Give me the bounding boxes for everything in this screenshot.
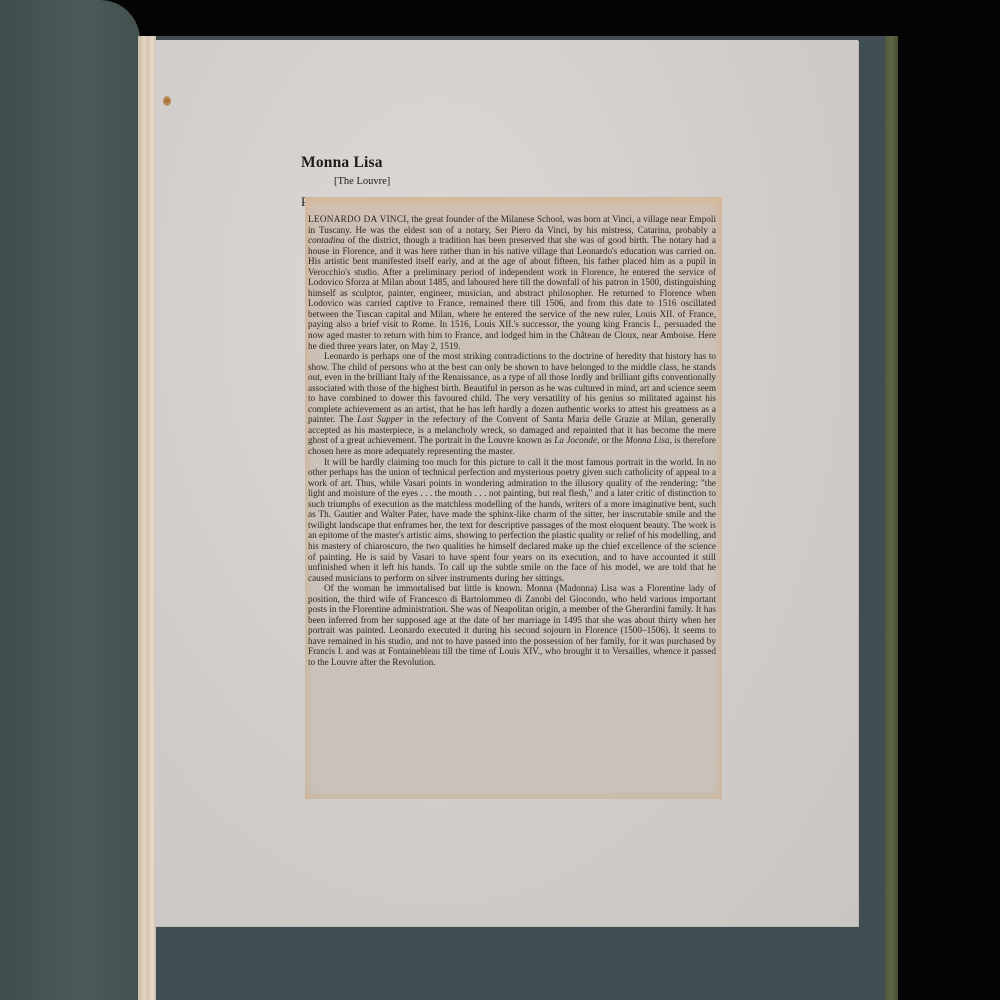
italic-title: Last Supper [357,414,403,424]
paragraph-2: Leonardo is perhaps one of the most stri… [305,351,716,456]
italic-title: Monna Lisa [625,435,669,445]
italic-term: contadina [308,235,345,245]
italic-title: La Joconde [554,435,597,445]
location-label: [The Louvre] [334,175,552,189]
foxing-spot [163,96,171,106]
biography-text: LEONARDO DA VINCI, the great founder of … [305,214,716,668]
left-cover-board [0,0,140,1000]
lead-name: LEONARDO DA VINCI [308,214,407,224]
paragraph-1: LEONARDO DA VINCI, the great founder of … [305,214,716,351]
cloth-spine-edge [885,36,898,1000]
book-page: Monna Lisa [The Louvre] Painted by Leona… [155,40,858,926]
paragraph-3: It will be hardly claiming too much for … [305,457,716,584]
photo-scene: Monna Lisa [The Louvre] Painted by Leona… [0,0,1000,1000]
page-edges [138,36,156,1000]
page-title: Monna Lisa [301,153,552,173]
tipped-in-text-sheet: LEONARDO DA VINCI, the great founder of … [305,197,723,799]
paragraph-4: Of the woman he immortalised but little … [305,583,716,667]
